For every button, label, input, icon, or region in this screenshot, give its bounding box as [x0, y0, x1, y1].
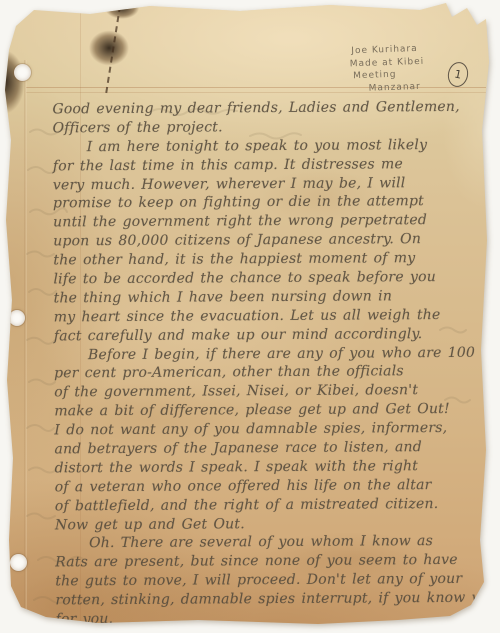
letter-line: for you.	[56, 608, 500, 630]
hole-punch-top	[14, 64, 31, 81]
letter-line: my heart since the evacuation. Let us al…	[54, 305, 500, 327]
letter-line: Before I begin, if there are any of you …	[54, 343, 500, 365]
letter-line: I do not want any of you damnable spies,…	[54, 419, 500, 441]
annotation-line: Manzanar	[368, 80, 425, 94]
scanned-letter-page: Joe Kurihara Made at Kibei Meeting Manza…	[0, 0, 500, 633]
paper-sheet: Joe Kurihara Made at Kibei Meeting Manza…	[0, 0, 500, 633]
letter-line: life to be accorded the chance to speak …	[53, 268, 499, 290]
rust-dashed-mark	[105, 6, 121, 93]
page-number-circled: 1	[446, 60, 471, 89]
hole-punch-bottom	[10, 554, 27, 571]
page-number: 1	[453, 67, 463, 81]
letter-line: Good evening my dear friends, Ladies and…	[52, 98, 498, 120]
letter-line: of battlefield, and the right of a mistr…	[55, 494, 500, 516]
burn-stain-top	[100, 0, 144, 22]
pencil-annotation: Joe Kurihara Made at Kibei Meeting Manza…	[351, 43, 425, 95]
hole-punch-middle	[9, 310, 25, 326]
scan-canvas: Joe Kurihara Made at Kibei Meeting Manza…	[0, 0, 500, 633]
letter-body: Good evening my dear friends, Ladies and…	[52, 98, 500, 630]
letter-line: rotten, stinking, damnable spies interru…	[55, 589, 500, 611]
paper-fold-crease	[24, 60, 27, 617]
